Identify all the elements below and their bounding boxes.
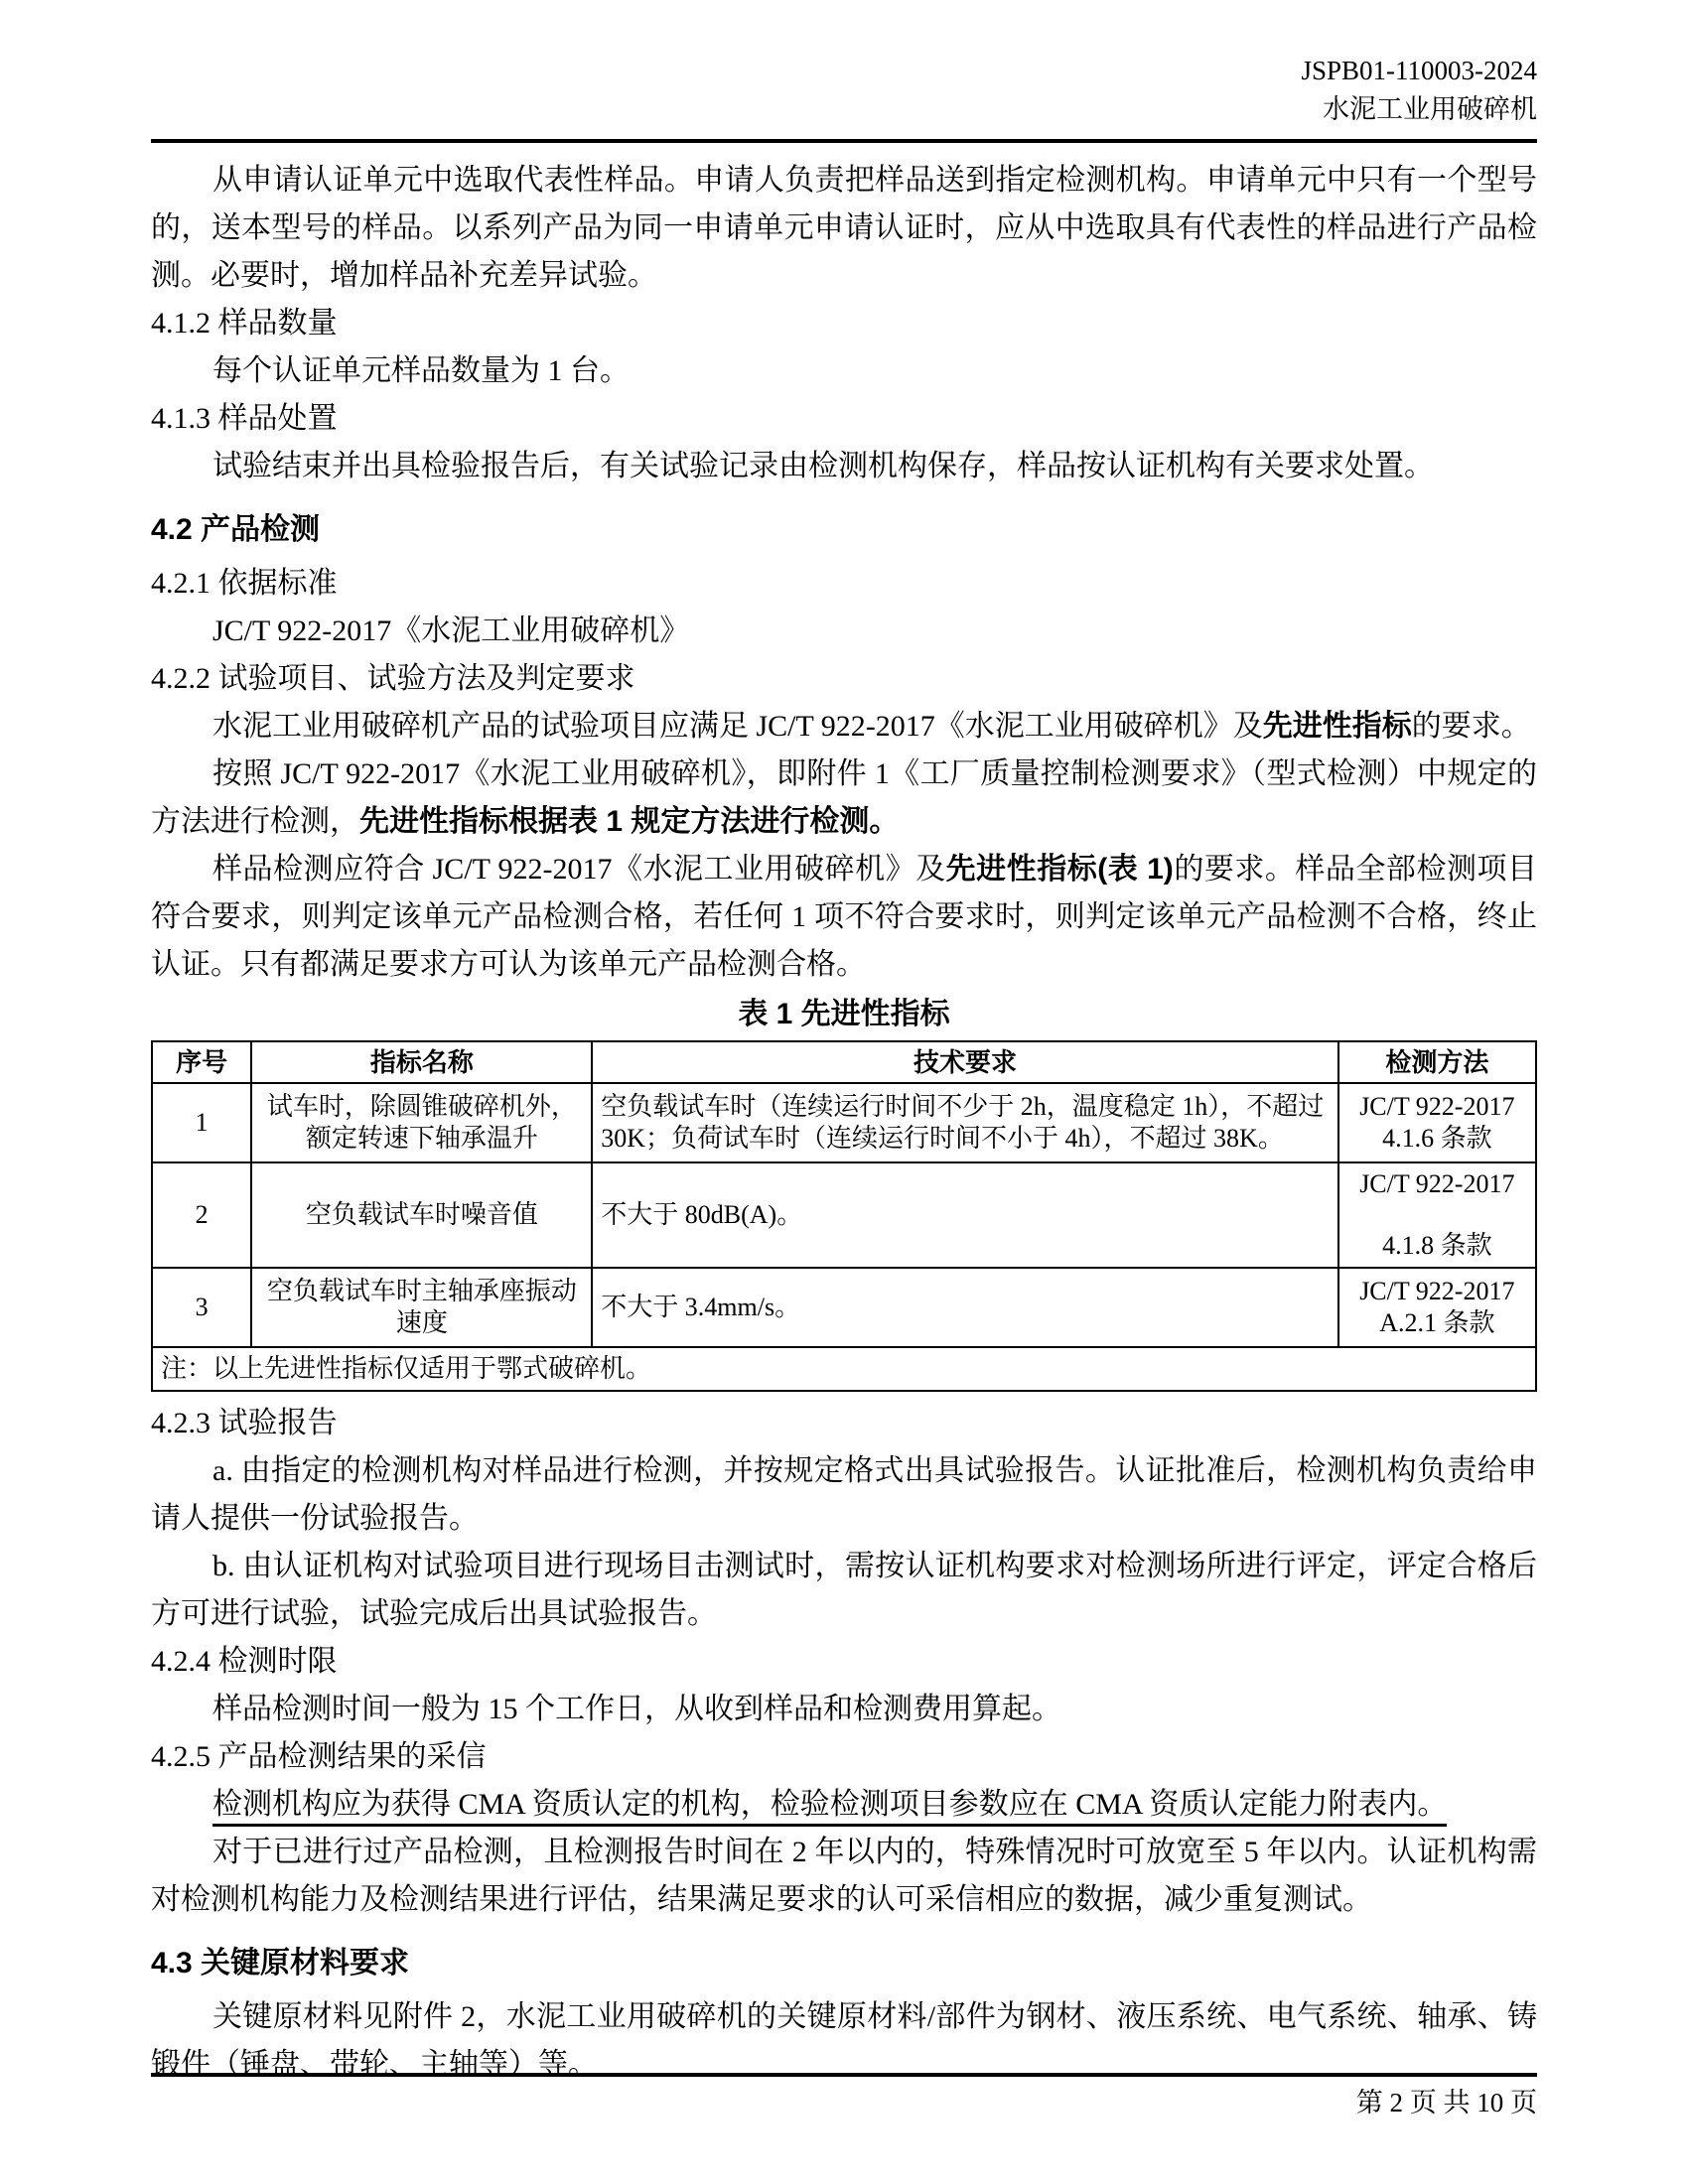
- table-note: 注：以上先进性指标仅适用于鄂式破碎机。: [152, 1347, 1536, 1391]
- paragraph-4-2-5-cma: 检测机构应为获得 CMA 资质认定的机构，检验检测项目参数应在 CMA 资质认定…: [151, 1781, 1537, 1829]
- col-header-serial: 序号: [152, 1041, 251, 1083]
- heading-4-3: 4.3 关键原材料要求: [151, 1940, 1537, 1987]
- bold-segment-advanced-indicator-table1: 先进性指标(表 1): [946, 853, 1174, 886]
- paragraph-4-2-3-b: b. 由认证机构对试验项目进行现场目击测试时，需按认证机构要求对检测场所进行评定…: [151, 1543, 1537, 1638]
- paragraph-sampling: 从申请认证单元中选取代表性样品。申请人负责把样品送到指定检测机构。申请单元中只有…: [151, 157, 1537, 300]
- footer-rule: [151, 2073, 1537, 2077]
- page-header: JSPB01-110003-2024 水泥工业用破碎机: [151, 52, 1537, 129]
- col-header-test-method: 检测方法: [1338, 1041, 1536, 1083]
- document-page: JSPB01-110003-2024 水泥工业用破碎机 从申请认证单元中选取代表…: [0, 0, 1688, 2184]
- table-row: 3 空负载试车时主轴承座振动速度 不大于 3.4mm/s。 JC/T 922-2…: [152, 1268, 1536, 1347]
- test-method-clause: 4.1.6 条款: [1347, 1123, 1527, 1155]
- cell-test-method: JC/T 922-2017 4.1.6 条款: [1338, 1083, 1536, 1162]
- paragraph-4-2-1-standard: JC/T 922-2017《水泥工业用破碎机》: [151, 608, 1537, 655]
- underlined-cma-requirement: 检测机构应为获得 CMA 资质认定的机构，检验检测项目参数应在 CMA 资质认定…: [212, 1788, 1447, 1827]
- test-method-standard: JC/T 922-2017: [1347, 1276, 1527, 1307]
- page-number: 第 2 页 共 10 页: [1356, 2083, 1537, 2122]
- heading-4-1-2: 4.1.2 样品数量: [151, 300, 1537, 347]
- heading-4-2-1: 4.2.1 依据标准: [151, 560, 1537, 608]
- paragraph-4-2-2-a: 水泥工业用破碎机产品的试验项目应满足 JC/T 922-2017《水泥工业用破碎…: [151, 703, 1537, 751]
- heading-4-2: 4.2 产品检测: [151, 506, 1537, 554]
- col-header-indicator-name: 指标名称: [251, 1041, 592, 1083]
- bold-segment-advanced-indicator: 先进性指标: [1263, 710, 1412, 743]
- advancement-indicators-table: 序号 指标名称 技术要求 检测方法 1 试车时，除圆锥破碎机外，额定转速下轴承温…: [151, 1040, 1537, 1392]
- heading-4-1-3: 4.1.3 样品处置: [151, 395, 1537, 443]
- heading-4-2-2: 4.2.2 试验项目、试验方法及判定要求: [151, 655, 1537, 703]
- paragraph-4-2-3-a: a. 由指定的检测机构对样品进行检测，并按规定格式出具试验报告。认证批准后，检测…: [151, 1447, 1537, 1543]
- paragraph-4-2-5-b: 对于已进行过产品检测，且检测报告时间在 2 年以内的，特殊情况时可放宽至 5 年…: [151, 1829, 1537, 1924]
- text-segment: 样品检测应符合 JC/T 922-2017《水泥工业用破碎机》及: [212, 853, 946, 886]
- cell-technical-requirement: 不大于 80dB(A)。: [592, 1162, 1337, 1268]
- test-method-clause: 4.1.8 条款: [1347, 1230, 1527, 1262]
- heading-4-2-5: 4.2.5 产品检测结果的采信: [151, 1733, 1537, 1781]
- text-segment: 水泥工业用破碎机产品的试验项目应满足 JC/T 922-2017《水泥工业用破碎…: [212, 710, 1263, 743]
- cell-test-method: JC/T 922-2017 4.1.8 条款: [1338, 1162, 1536, 1268]
- bold-segment-table1-method: 先进性指标根据表 1 规定方法进行检测。: [359, 805, 899, 838]
- table-header-row: 序号 指标名称 技术要求 检测方法: [152, 1041, 1536, 1083]
- paragraph-4-2-2-b: 按照 JC/T 922-2017《水泥工业用破碎机》，即附件 1《工厂质量控制检…: [151, 751, 1537, 846]
- heading-4-2-3: 4.2.3 试验报告: [151, 1400, 1537, 1447]
- test-method-standard: JC/T 922-2017: [1347, 1168, 1527, 1200]
- paragraph-4-2-4: 样品检测时间一般为 15 个工作日，从收到样品和检测费用算起。: [151, 1686, 1537, 1733]
- cell-indicator-name: 空负载试车时主轴承座振动速度: [251, 1268, 592, 1347]
- cell-serial: 1: [152, 1083, 251, 1162]
- paragraph-4-1-2: 每个认证单元样品数量为 1 台。: [151, 347, 1537, 395]
- cell-serial: 2: [152, 1162, 251, 1268]
- cell-technical-requirement: 不大于 3.4mm/s。: [592, 1268, 1337, 1347]
- paragraph-4-2-2-c: 样品检测应符合 JC/T 922-2017《水泥工业用破碎机》及先进性指标(表 …: [151, 846, 1537, 989]
- test-method-clause: A.2.1 条款: [1347, 1307, 1527, 1339]
- heading-4-2-4: 4.2.4 检测时限: [151, 1638, 1537, 1686]
- table-row: 1 试车时，除圆锥破碎机外，额定转速下轴承温升 空负载试车时（连续运行时间不少于…: [152, 1083, 1536, 1162]
- test-method-standard: JC/T 922-2017: [1347, 1091, 1527, 1123]
- cell-indicator-name: 试车时，除圆锥破碎机外，额定转速下轴承温升: [251, 1083, 592, 1162]
- text-segment: 的要求。: [1412, 710, 1531, 743]
- doc-title: 水泥工业用破碎机: [151, 90, 1537, 129]
- paragraph-4-1-3: 试验结束并出具检验报告后，有关试验记录由检测机构保存，样品按认证机构有关要求处置…: [151, 443, 1537, 490]
- header-rule: [151, 139, 1537, 143]
- cell-technical-requirement: 空负载试车时（连续运行时间不少于 2h，温度稳定 1h），不超过 30K；负荷试…: [592, 1083, 1337, 1162]
- table-row: 2 空负载试车时噪音值 不大于 80dB(A)。 JC/T 922-2017 4…: [152, 1162, 1536, 1268]
- cell-serial: 3: [152, 1268, 251, 1347]
- col-header-technical-requirement: 技术要求: [592, 1041, 1337, 1083]
- document-body: 从申请认证单元中选取代表性样品。申请人负责把样品送到指定检测机构。申请单元中只有…: [151, 157, 1537, 2089]
- table-note-row: 注：以上先进性指标仅适用于鄂式破碎机。: [152, 1347, 1536, 1391]
- doc-number: JSPB01-110003-2024: [151, 52, 1537, 90]
- cell-indicator-name: 空负载试车时噪音值: [251, 1162, 592, 1268]
- table1-title: 表 1 先进性指标: [151, 991, 1537, 1038]
- cell-test-method: JC/T 922-2017 A.2.1 条款: [1338, 1268, 1536, 1347]
